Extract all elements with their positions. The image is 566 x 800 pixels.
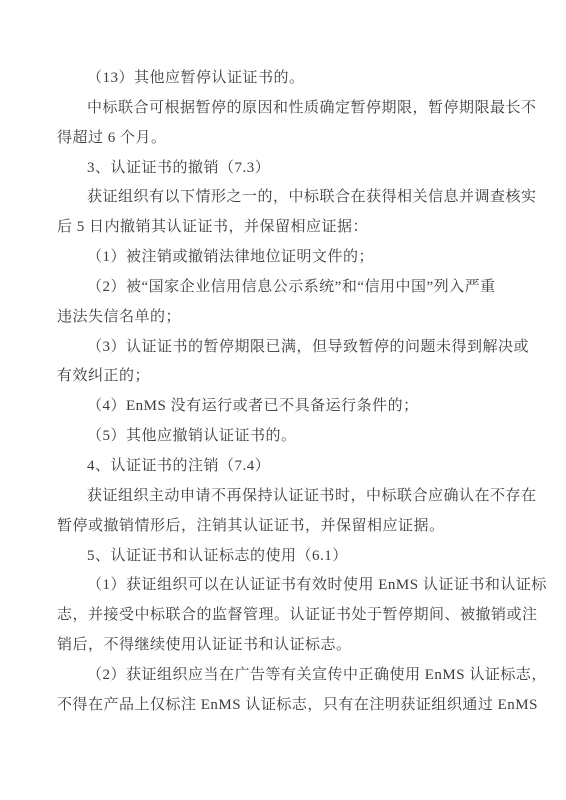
text-line: （2）被“国家企业信用信息公示系统”和“信用中国”列入严重 [57,273,509,303]
text-line: 5、认证证书和认证标志的使用（6.1） [57,542,509,572]
text-line: 志，并接受中标联合的监督管理。认证证书处于暂停期间、被撤销或注 [57,601,509,631]
text-line: 违法失信名单的； [57,303,509,333]
text-line: （3）认证证书的暂停期限已满，但导致暂停的问题未得到解决或 [57,333,509,363]
text-line: （2）获证组织应当在广告等有关宣传中正确使用 EnMS 认证标志， [57,661,509,691]
text-line: 中标联合可根据暂停的原因和性质确定暂停期限，暂停期限最长不 [57,94,509,124]
text-line: 4、认证证书的注销（7.4） [57,452,509,482]
text-line: （4）EnMS 没有运行或者已不具备运行条件的； [57,392,509,422]
text-line: 销后，不得继续使用认证证书和认证标志。 [57,631,509,661]
text-line: 暂停或撤销情形后，注销其认证证书，并保留相应证据。 [57,512,509,542]
text-line: 后 5 日内撤销其认证证书，并保留相应证据： [57,213,509,243]
text-line: （1）获证组织可以在认证证书有效时使用 EnMS 认证证书和认证标 [57,571,509,601]
text-line: （1）被注销或撤销法律地位证明文件的； [57,243,509,273]
text-line: 不得在产品上仅标注 EnMS 认证标志，只有在注明获证组织通过 EnMS [57,691,509,721]
text-line: （5）其他应撤销认证证书的。 [57,422,509,452]
text-line: 获证组织主动申请不再保持认证证书时，中标联合应确认在不存在 [57,482,509,512]
text-line: 有效纠正的； [57,362,509,392]
document-page: （13）其他应暂停认证证书的。中标联合可根据暂停的原因和性质确定暂停期限，暂停期… [0,0,566,800]
text-line: （13）其他应暂停认证证书的。 [57,64,509,94]
text-line: 得超过 6 个月。 [57,124,509,154]
text-line: 3、认证证书的撤销（7.3） [57,154,509,184]
document-body: （13）其他应暂停认证证书的。中标联合可根据暂停的原因和性质确定暂停期限，暂停期… [57,64,509,721]
text-line: 获证组织有以下情形之一的，中标联合在获得相关信息并调查核实 [57,183,509,213]
